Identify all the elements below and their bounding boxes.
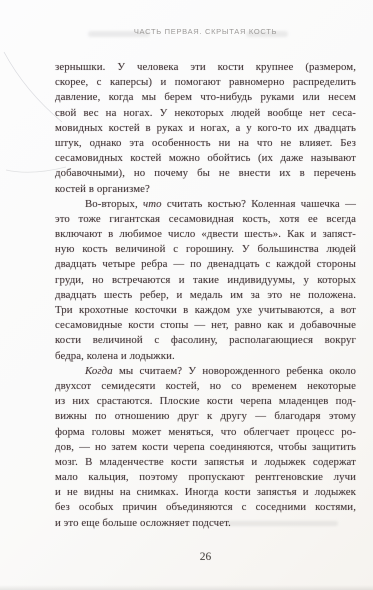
text-line: бедра, колена и лодыжки.: [55, 349, 356, 364]
text-line: двухсот семидесяти костей, но со времене…: [55, 379, 356, 394]
text-line: груди, но встречаются и такие индивидуум…: [55, 273, 356, 288]
text-line: скорее, с каперсы) и помогают равномерно…: [55, 75, 356, 90]
body-text: зернышки. У человека эти кости крупнее (…: [55, 60, 356, 531]
text-line: зернышки. У человека эти кости крупнее (…: [55, 60, 356, 75]
text-line: штук, однако эта особенность ни на что н…: [55, 136, 356, 151]
text-line: ную кость величиной с горошину. У больши…: [55, 242, 356, 257]
text-line: Во-вторых, что считать костью? Коленная …: [55, 197, 356, 212]
text-line: мовидных костей в руках и ногах, а у ког…: [55, 121, 356, 136]
text-line: включают в любимое число «двести шесть».…: [55, 227, 356, 242]
paragraph: зернышки. У человека эти кости крупнее (…: [55, 60, 356, 197]
paragraph: Когда мы считаем? У новорожденного ребен…: [55, 364, 356, 531]
page-bottom-edge: [0, 585, 373, 590]
text-line: кости величиной с фасолину, располагающи…: [55, 333, 356, 348]
text-line: костей в организме?: [55, 182, 356, 197]
text-line: форма головы может меняться, что облегча…: [55, 425, 356, 440]
text-line: добавочными), но почему бы не внести их …: [55, 166, 356, 181]
paragraph: Во-вторых, что считать костью? Коленная …: [55, 197, 356, 364]
text-line: Когда мы считаем? У новорожденного ребен…: [55, 364, 356, 379]
book-page: ЧАСТЬ ПЕРВАЯ. СКРЫТАЯ КОСТЬ зернышки. У …: [0, 0, 373, 590]
text-line: двадцать шесть ребер, и медаль им за это…: [55, 288, 356, 303]
text-line: сесамовидных костей можно обойтись (их д…: [55, 151, 356, 166]
text-line: без особых причин объединяются с соседни…: [55, 500, 356, 515]
text-line: вижны по отношению друг к другу — благод…: [55, 409, 356, 424]
text-line: это тоже гигантская сесамовидная кость, …: [55, 212, 356, 227]
text-line: и это еще больше осложняет подсчет.: [55, 516, 356, 531]
running-header: ЧАСТЬ ПЕРВАЯ. СКРЫТАЯ КОСТЬ: [55, 27, 356, 36]
text-line: из них срастаются. Плоские кости черепа …: [55, 394, 356, 409]
text-line: и не видны на снимках. Иногда кости запя…: [55, 485, 356, 500]
text-line: Три крохотные косточки в каждом ухе учит…: [55, 303, 356, 318]
text-line: мало кальция, поэтому пропускают рентген…: [55, 470, 356, 485]
text-line: давление, когда мы берем что-нибудь рука…: [55, 90, 356, 105]
text-line: мозг. В младенчестве кости запястья и ло…: [55, 455, 356, 470]
text-line: двадцать четыре ребра — по двенадцать с …: [55, 257, 356, 272]
text-line: свой вес на ногах. У некоторых людей воо…: [55, 106, 356, 121]
page-number: 26: [55, 551, 356, 563]
text-line: сесамовидные кости стопы — нет, равно ка…: [55, 318, 356, 333]
text-line: дов, — но затем кости черепа соединяются…: [55, 440, 356, 455]
